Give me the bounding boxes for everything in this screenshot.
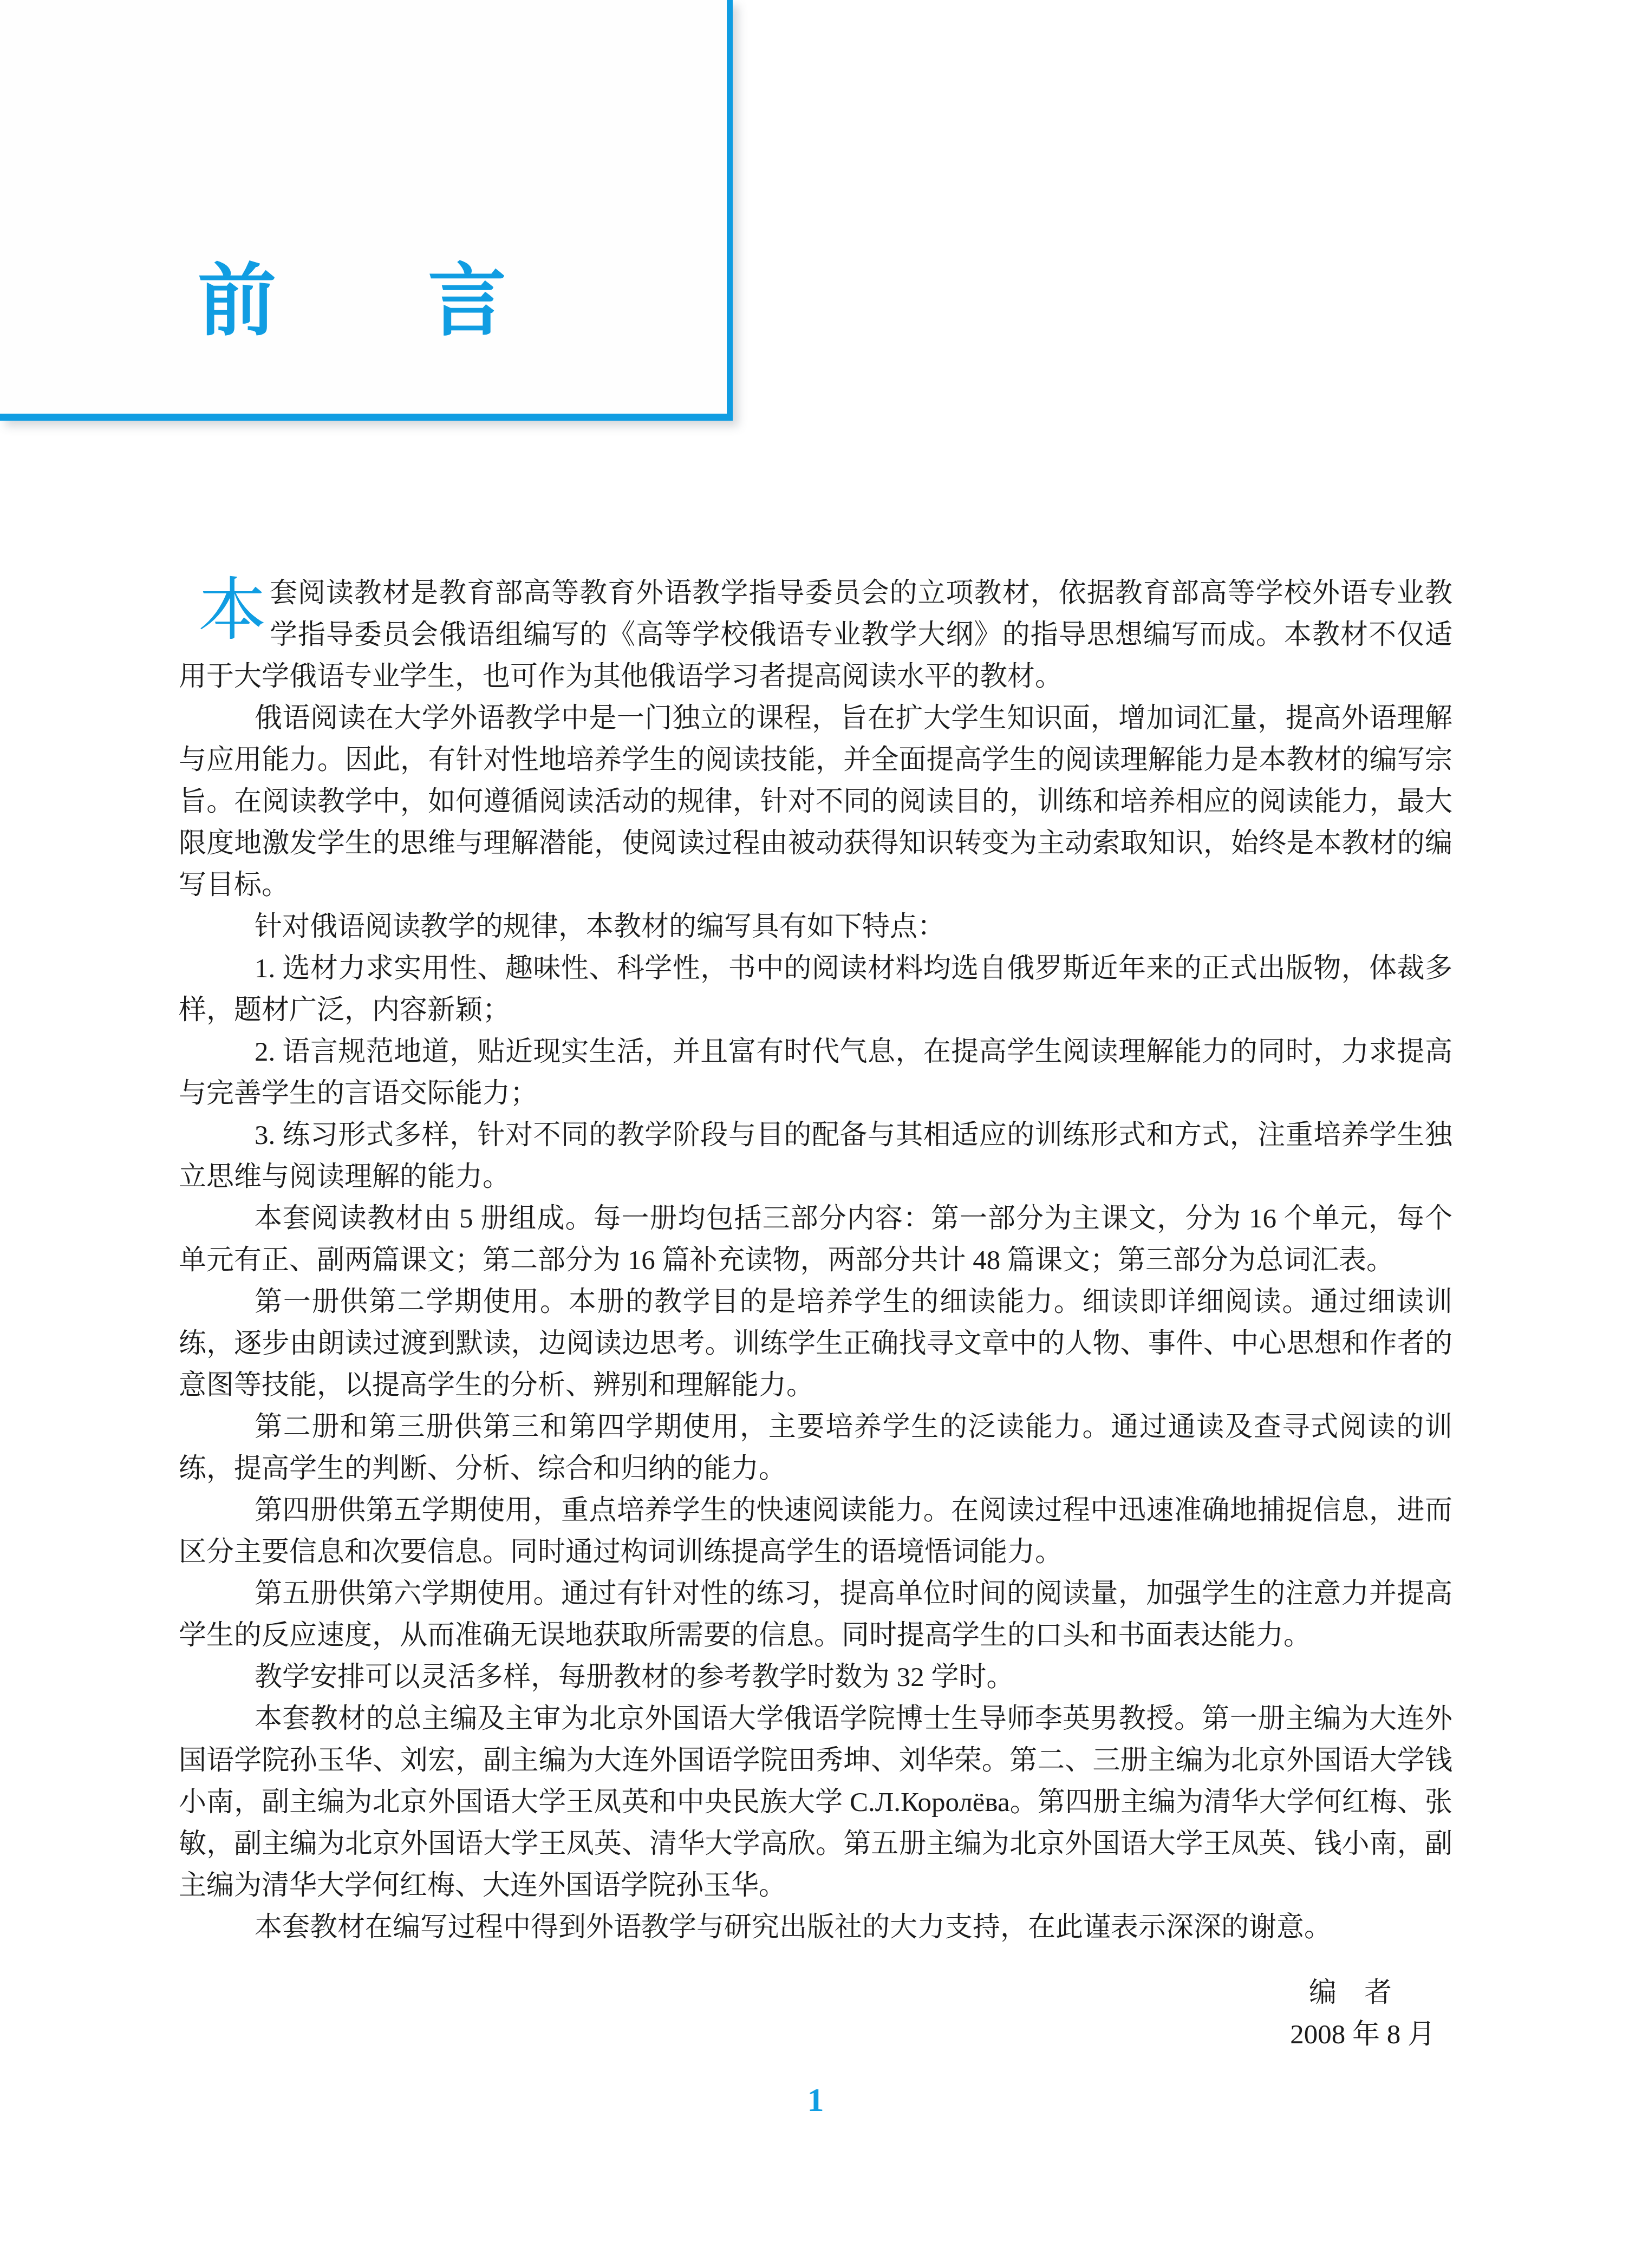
paragraph-editors: 本套教材的总主编及主审为北京外国语大学俄语学院博士生导师李英男教授。第一册主编为… <box>179 1698 1452 1907</box>
paragraph: 俄语阅读在大学外语教学中是一门独立的课程，旨在扩大学生知识面，增加词汇量，提高外… <box>179 698 1452 906</box>
preface-page: 前 言 本套阅读教材是教育部高等教育外语教学指导委员会的立项教材，依据教育部高等… <box>0 0 1629 2268</box>
paragraph: 针对俄语阅读教学的规律，本教材的编写具有如下特点： <box>179 906 1452 948</box>
drop-cap: 本 <box>198 577 266 645</box>
paragraph: 第五册供第六学期使用。通过有针对性的练习，提高单位时间的阅读量，加强学生的注意力… <box>179 1573 1452 1657</box>
title-frame-box: 前 言 <box>0 0 733 421</box>
paragraph: 教学安排可以灵活多样，每册教材的参考教学时数为 32 学时。 <box>179 1657 1452 1698</box>
paragraph-text: 套阅读教材是教育部高等教育外语教学指导委员会的立项教材，依据教育部高等学校外语专… <box>179 578 1452 692</box>
signature-author: 编 者 <box>179 1972 1452 2014</box>
paragraph: 第四册供第五学期使用，重点培养学生的快速阅读能力。在阅读过程中迅速准确地捕捉信息… <box>179 1490 1452 1573</box>
paragraph: 本套阅读教材由 5 册组成。每一册均包括三部分内容：第一部分为主课文，分为 16… <box>179 1198 1452 1282</box>
page-number: 1 <box>179 2083 1452 2117</box>
paragraph-intro: 本套阅读教材是教育部高等教育外语教学指导委员会的立项教材，依据教育部高等学校外语… <box>179 573 1452 698</box>
paragraph: 第一册供第二学期使用。本册的教学目的是培养学生的细读能力。细读即详细阅读。通过细… <box>179 1282 1452 1407</box>
page-title-char-qian: 前 <box>198 263 276 342</box>
paragraph-feature-3: 3. 练习形式多样，针对不同的教学阶段与目的配备与其相适应的训练形式和方式，注重… <box>179 1115 1452 1198</box>
signature-block: 编 者 2008 年 8 月 <box>179 1972 1452 2056</box>
page-title-char-yan: 言 <box>428 263 506 342</box>
signature-date: 2008 年 8 月 <box>179 2014 1452 2056</box>
paragraph-feature-1: 1. 选材力求实用性、趣味性、科学性，书中的阅读材料均选自俄罗斯近年来的正式出版… <box>179 948 1452 1031</box>
preface-body: 本套阅读教材是教育部高等教育外语教学指导委员会的立项教材，依据教育部高等学校外语… <box>179 573 1452 2056</box>
paragraph: 第二册和第三册供第三和第四学期使用，主要培养学生的泛读能力。通过通读及查寻式阅读… <box>179 1407 1452 1490</box>
paragraph-thanks: 本套教材在编写过程中得到外语教学与研究出版社的大力支持，在此谨表示深深的谢意。 <box>179 1907 1452 1949</box>
paragraph-feature-2: 2. 语言规范地道，贴近现实生活，并且富有时代气息，在提高学生阅读理解能力的同时… <box>179 1031 1452 1115</box>
